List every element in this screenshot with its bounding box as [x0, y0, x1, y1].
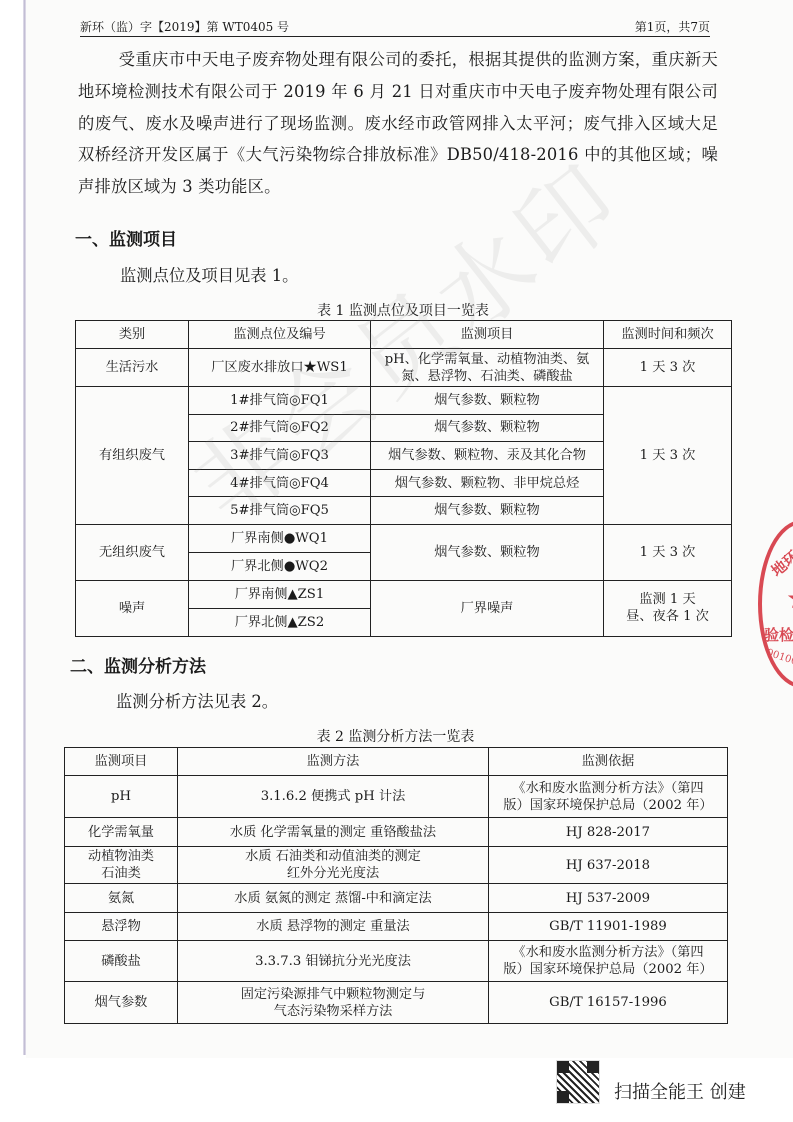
items-cell: 烟气参数、颗粒物 — [371, 414, 604, 442]
table2-analysis-methods: 监测项目 监测方法 监测依据 pH 3.1.6.2 便携式 pH 计法 《水和废… — [64, 747, 728, 1024]
qr-code-icon[interactable] — [556, 1060, 600, 1104]
item-cell: pH — [65, 776, 178, 818]
table-row: 噪声 厂界南侧▲ZS1 厂界噪声 监测 1 天昼、夜各 1 次 — [76, 580, 732, 608]
point-cell: 厂界北侧▲ZS2 — [189, 608, 371, 636]
document-number: 新环（监）字【2019】第 WT0405 号 — [80, 18, 289, 35]
frequency-line: 昼、夜各 1 次 — [607, 608, 728, 625]
star-icon: ★ — [786, 582, 793, 615]
point-cell: 厂区废水排放口★WS1 — [189, 349, 371, 387]
table-row: 烟气参数 固定污染源排气中颗粒物测定与气态污染物采样方法 GB/T 16157-… — [65, 982, 728, 1024]
frequency-cell: 监测 1 天昼、夜各 1 次 — [604, 580, 732, 636]
point-cell: 1#排气筒◎FQ1 — [189, 387, 371, 415]
items-cell: 烟气参数、颗粒物 — [371, 524, 604, 580]
table-header-cell: 监测依据 — [489, 748, 728, 776]
table-header-row: 监测项目 监测方法 监测依据 — [65, 748, 728, 776]
basis-cell: GB/T 16157-1996 — [489, 982, 728, 1024]
method-line: 固定污染源排气中颗粒物测定与 — [181, 986, 485, 1003]
table1-caption: 表 1 监测点位及项目一览表 — [75, 300, 731, 320]
seal-text-top: 地环境 — [767, 536, 793, 581]
items-cell: 烟气参数、颗粒物 — [371, 387, 604, 415]
items-line: pH、化学需氧量、动植物油类、氨 — [374, 351, 600, 368]
category-cell: 噪声 — [76, 580, 189, 636]
basis-cell: HJ 637-2018 — [489, 847, 728, 884]
scanner-footer: 扫描全能王 创建 — [556, 1060, 776, 1104]
table-row: 有组织废气 1#排气筒◎FQ1 烟气参数、颗粒物 1 天 3 次 — [76, 387, 732, 415]
item-cell: 氨氮 — [65, 884, 178, 913]
table-header-cell: 监测项目 — [65, 748, 178, 776]
table-header-row: 类别 监测点位及编号 监测项目 监测时间和频次 — [76, 321, 732, 349]
basis-line: 版）国家环境保护总局（2002 年） — [492, 961, 724, 978]
method-line: 气态污染物采样方法 — [181, 1003, 485, 1020]
table-row: pH 3.1.6.2 便携式 pH 计法 《水和废水监测分析方法》（第四版）国家… — [65, 776, 728, 818]
method-line: 红外分光光度法 — [181, 865, 485, 882]
intro-text: 受重庆市中天电子废弃物处理有限公司的委托，根据其提供的监测方案，重庆新天地环境检… — [78, 44, 718, 203]
basis-line: 《水和废水监测分析方法》（第四 — [492, 944, 724, 961]
basis-cell: 《水和废水监测分析方法》（第四版）国家环境保护总局（2002 年） — [489, 941, 728, 982]
frequency-line: 监测 1 天 — [607, 591, 728, 608]
point-cell: 厂界南侧▲ZS1 — [189, 580, 371, 608]
item-cell: 悬浮物 — [65, 913, 178, 941]
method-cell: 3.1.6.2 便携式 pH 计法 — [178, 776, 489, 818]
frequency-cell: 1 天 3 次 — [604, 349, 732, 387]
frequency-cell: 1 天 3 次 — [604, 387, 732, 525]
table-row: 无组织废气 厂界南侧●WQ1 烟气参数、颗粒物 1 天 3 次 — [76, 524, 732, 552]
point-cell: 厂界南侧●WQ1 — [189, 524, 371, 552]
method-cell: 水质 石油类和动值油类的测定红外分光光度法 — [178, 847, 489, 884]
items-cell: pH、化学需氧量、动植物油类、氨氮、悬浮物、石油类、磷酸盐 — [371, 349, 604, 387]
table-row: 化学需氧量 水质 化学需氧量的测定 重铬酸盐法 HJ 828-2017 — [65, 818, 728, 847]
item-cell: 动植物油类石油类 — [65, 847, 178, 884]
table-row: 动植物油类石油类 水质 石油类和动值油类的测定红外分光光度法 HJ 637-20… — [65, 847, 728, 884]
table2-caption: 表 2 监测分析方法一览表 — [64, 726, 727, 746]
table1-monitoring-points: 类别 监测点位及编号 监测项目 监测时间和频次 生活污水 厂区废水排放口★WS1… — [75, 320, 732, 637]
items-line: 氮、悬浮物、石油类、磷酸盐 — [374, 368, 600, 385]
point-cell: 3#排气筒◎FQ3 — [189, 442, 371, 470]
table-header-cell: 类别 — [76, 321, 189, 349]
page-indicator: 第1页，共7页 — [635, 18, 710, 35]
section2-text: 监测分析方法见表 2。 — [116, 688, 278, 712]
method-cell: 固定污染源排气中颗粒物测定与气态污染物采样方法 — [178, 982, 489, 1024]
items-cell: 烟气参数、颗粒物、汞及其化合物 — [371, 442, 604, 470]
item-cell: 磷酸盐 — [65, 941, 178, 982]
section1-heading: 一、监测项目 — [75, 225, 177, 250]
point-cell: 2#排气筒◎FQ2 — [189, 414, 371, 442]
category-cell: 生活污水 — [76, 349, 189, 387]
basis-cell: HJ 537-2009 — [489, 884, 728, 913]
table-header-cell: 监测项目 — [371, 321, 604, 349]
point-cell: 4#排气筒◎FQ4 — [189, 469, 371, 497]
item-line: 动植物油类 — [68, 848, 174, 865]
table-header-cell: 监测时间和频次 — [604, 321, 732, 349]
table-row: 悬浮物 水质 悬浮物的测定 重量法 GB/T 11901-1989 — [65, 913, 728, 941]
category-cell: 无组织废气 — [76, 524, 189, 580]
page-header: 新环（监）字【2019】第 WT0405 号 第1页，共7页 — [80, 14, 710, 37]
item-line: 石油类 — [68, 865, 174, 882]
intro-paragraph: 受重庆市中天电子废弃物处理有限公司的委托，根据其提供的监测方案，重庆新天地环境检… — [78, 44, 718, 203]
section2-heading: 二、监测分析方法 — [70, 652, 206, 677]
basis-line: 版）国家环境保护总局（2002 年） — [492, 797, 724, 814]
method-line: 水质 石油类和动值油类的测定 — [181, 848, 485, 865]
category-cell: 有组织废气 — [76, 387, 189, 525]
point-cell: 5#排气筒◎FQ5 — [189, 497, 371, 525]
basis-cell: 《水和废水监测分析方法》（第四版）国家环境保护总局（2002 年） — [489, 776, 728, 818]
method-cell: 水质 氨氮的测定 蒸馏-中和滴定法 — [178, 884, 489, 913]
method-cell: 3.3.7.3 钼锑抗分光光度法 — [178, 941, 489, 982]
items-cell: 厂界噪声 — [371, 580, 604, 636]
table-row: 氨氮 水质 氨氮的测定 蒸馏-中和滴定法 HJ 537-2009 — [65, 884, 728, 913]
table-header-cell: 监测点位及编号 — [189, 321, 371, 349]
basis-cell: GB/T 11901-1989 — [489, 913, 728, 941]
item-cell: 化学需氧量 — [65, 818, 178, 847]
items-cell: 烟气参数、颗粒物、非甲烷总烃 — [371, 469, 604, 497]
basis-cell: HJ 828-2017 — [489, 818, 728, 847]
seal-text-middle: 验检测 — [764, 624, 793, 645]
table-row: 磷酸盐 3.3.7.3 钼锑抗分光光度法 《水和废水监测分析方法》（第四版）国家… — [65, 941, 728, 982]
section1-text: 监测点位及项目见表 1。 — [120, 262, 298, 286]
scanner-label: 扫描全能王 创建 — [614, 1078, 746, 1104]
items-cell: 烟气参数、颗粒物 — [371, 497, 604, 525]
frequency-cell: 1 天 3 次 — [604, 524, 732, 580]
item-cell: 烟气参数 — [65, 982, 178, 1024]
point-cell: 厂界北侧●WQ2 — [189, 552, 371, 580]
method-cell: 水质 化学需氧量的测定 重铬酸盐法 — [178, 818, 489, 847]
method-cell: 水质 悬浮物的测定 重量法 — [178, 913, 489, 941]
table-header-cell: 监测方法 — [178, 748, 489, 776]
table-row: 生活污水 厂区废水排放口★WS1 pH、化学需氧量、动植物油类、氨氮、悬浮物、石… — [76, 349, 732, 387]
basis-line: 《水和废水监测分析方法》（第四 — [492, 780, 724, 797]
